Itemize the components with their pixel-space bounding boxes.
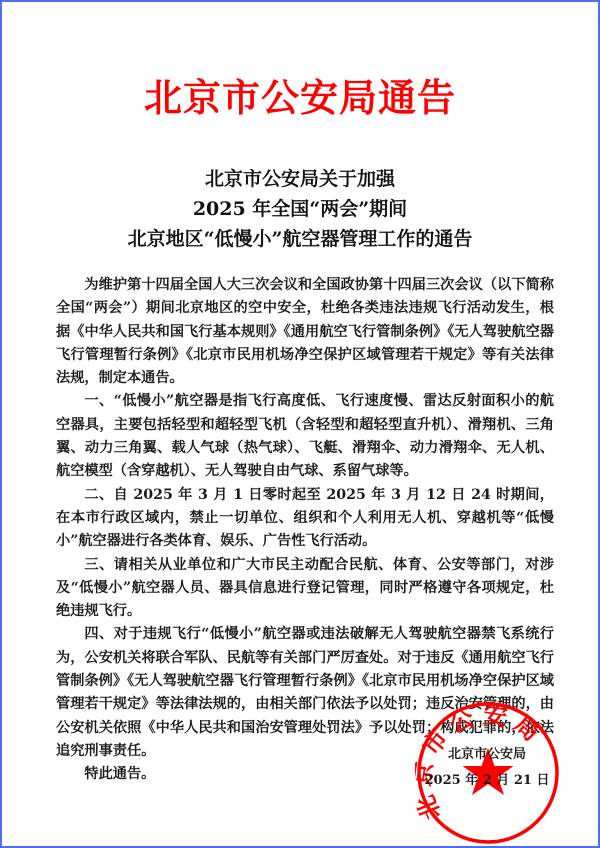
subtitle-line: 2025 年全国“两会”期间 [2, 194, 598, 224]
subtitle-line: 北京市公安局关于加强 [2, 164, 598, 194]
signature-block: 北京市公安局 2025 年 2 月 21 日 [402, 742, 572, 794]
issue-date: 2025 年 2 月 21 日 [402, 768, 572, 794]
issuer-name: 北京市公安局 [402, 742, 572, 768]
header-title: 北京市公安局通告 [2, 68, 598, 128]
paragraph-preamble: 为维护第十四届全国人大三次会议和全国政协第十四届三次会议（以下简称全国“两会”）… [56, 274, 554, 390]
paragraph-item-3: 三、请相关从业单位和广大市民主动配合民航、体育、公安等部门，对涉及“低慢小”航空… [56, 554, 554, 624]
notice-page: 北京市公安局通告 北京市公安局关于加强 2025 年全国“两会”期间 北京地区“… [0, 0, 600, 848]
paragraph-item-2: 二、自 2025 年 3 月 1 日零时起至 2025 年 3 月 12 日 2… [56, 484, 554, 554]
notice-subtitle: 北京市公安局关于加强 2025 年全国“两会”期间 北京地区“低慢小”航空器管理… [2, 164, 598, 254]
subtitle-line: 北京地区“低慢小”航空器管理工作的通告 [2, 224, 598, 254]
paragraph-item-1: 一、“低慢小”航空器是指飞行高度低、飞行速度慢、雷达反射面积小的航空器具，主要包… [56, 390, 554, 483]
